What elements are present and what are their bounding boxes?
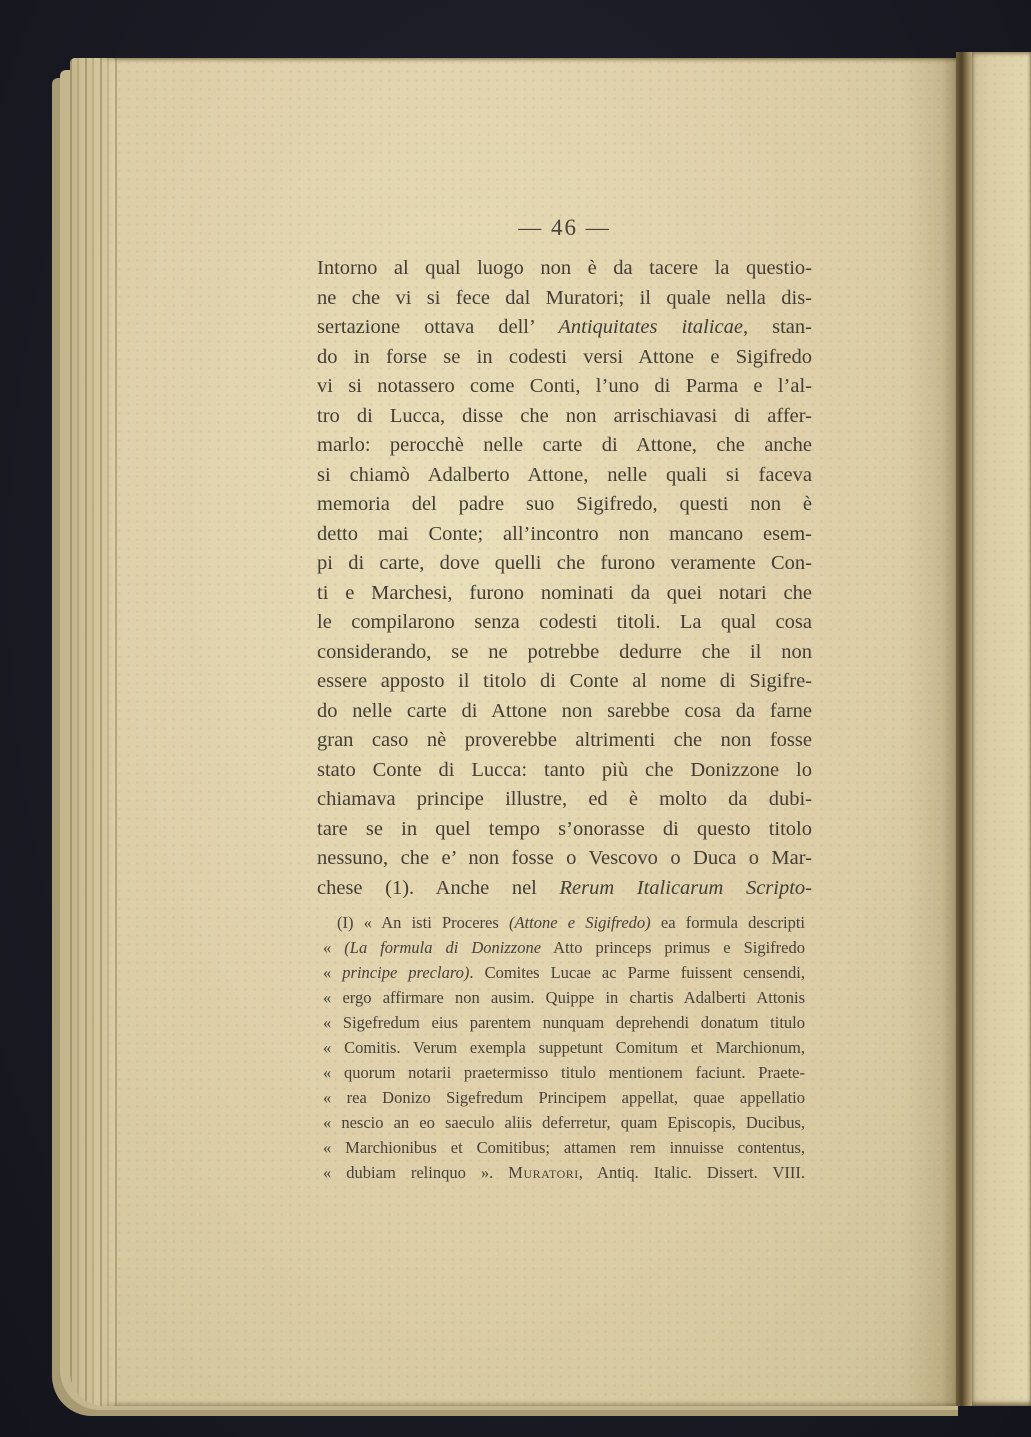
text-line: sertazione ottava dell’ Antiquitates ita… bbox=[317, 313, 812, 343]
text-line: « principe preclaro). Comites Lucae ac P… bbox=[323, 960, 805, 985]
text-line: tro di Lucca, disse che non arrischiavas… bbox=[317, 402, 812, 432]
text-line: le compilarono senza codesti titoli. La … bbox=[317, 608, 812, 638]
page-number: — 46 — bbox=[317, 215, 812, 241]
page-stack-edges bbox=[70, 58, 118, 1406]
text-line: (I) « An isti Proceres (Attone e Sigifre… bbox=[323, 910, 805, 935]
text-line: pi di carte, dove quelli che furono vera… bbox=[317, 549, 812, 579]
text-line: chese (1). Anche nel Rerum Italicarum Sc… bbox=[317, 874, 812, 904]
text-line: « dubiam relinquo ». Muratori, Antiq. It… bbox=[323, 1160, 805, 1185]
text-line: stato Conte di Lucca: tanto più che Doni… bbox=[317, 756, 812, 786]
text-line: chiamava principe illustre, ed è molto d… bbox=[317, 785, 812, 815]
text-line: do in forse se in codesti versi Attone e… bbox=[317, 343, 812, 373]
photo-backdrop: — 46 — Intorno al qual luogo non è da ta… bbox=[0, 0, 1031, 1437]
text-line: Intorno al qual luogo non è da tacere la… bbox=[317, 254, 812, 284]
text-line: ti e Marchesi, furono nominati da quei n… bbox=[317, 579, 812, 609]
book-page: — 46 — Intorno al qual luogo non è da ta… bbox=[70, 58, 958, 1406]
text-line: « nescio an eo saeculo aliis deferretur,… bbox=[323, 1110, 805, 1135]
text-line: vi si notassero come Conti, l’uno di Par… bbox=[317, 372, 812, 402]
main-paragraph: Intorno al qual luogo non è da tacere la… bbox=[317, 254, 812, 903]
text-line: nessuno, che e’ non fosse o Vescovo o Du… bbox=[317, 844, 812, 874]
text-line: tare se in quel tempo s’onorasse di ques… bbox=[317, 815, 812, 845]
text-line: marlo: perocchè nelle carte di Attone, c… bbox=[317, 431, 812, 461]
text-line: « ergo affirmare non ausim. Quippe in ch… bbox=[323, 985, 805, 1010]
text-line: si chiamò Adalberto Attone, nelle quali … bbox=[317, 461, 812, 491]
text-line: gran caso nè proverebbe altrimenti che n… bbox=[317, 726, 812, 756]
text-line: « Comitis. Verum exempla suppetunt Comit… bbox=[323, 1035, 805, 1060]
text-line: do nelle carte di Attone non sarebbe cos… bbox=[317, 697, 812, 727]
text-line: « (La formula di Donizzone Atto princeps… bbox=[323, 935, 805, 960]
text-line: memoria del padre suo Sigifredo, questi … bbox=[317, 490, 812, 520]
text-line: « rea Donizo Sigefredum Principem appell… bbox=[323, 1085, 805, 1110]
text-line: detto mai Conte; all’incontro non mancan… bbox=[317, 520, 812, 550]
text-line: « quorum notarii praetermisso titulo men… bbox=[323, 1060, 805, 1085]
gutter-shadow bbox=[904, 58, 958, 1406]
facing-page-sliver bbox=[972, 52, 1031, 1406]
text-line: « Marchionibus et Comitibus; attamen rem… bbox=[323, 1135, 805, 1160]
book-gutter-crease bbox=[956, 52, 972, 1406]
text-line: considerando, se ne potrebbe dedurre che… bbox=[317, 638, 812, 668]
footnote: (I) « An isti Proceres (Attone e Sigifre… bbox=[323, 910, 805, 1185]
text-line: essere apposto il titolo di Conte al nom… bbox=[317, 667, 812, 697]
text-line: « Sigefredum eius parentem nunquam depre… bbox=[323, 1010, 805, 1035]
text-line: ne che vi si fece dal Muratori; il quale… bbox=[317, 284, 812, 314]
